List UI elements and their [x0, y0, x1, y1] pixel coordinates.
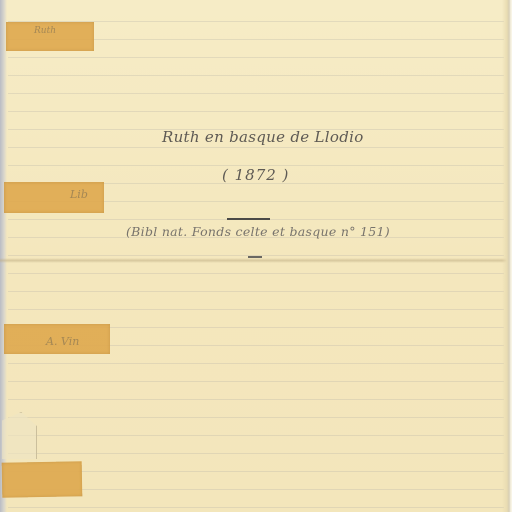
separator-rule-top	[227, 218, 270, 220]
tape-strip-1: Ruth	[6, 22, 94, 51]
manuscript-title: Ruth en basque de Llodio	[162, 128, 364, 146]
tape-label: Lib	[70, 188, 88, 201]
tape-strip-3: A. Vin	[4, 324, 110, 354]
manuscript-year: ( 1872 )	[222, 166, 289, 184]
tape-label: A. Vin	[46, 335, 79, 348]
tape-label: Ruth	[34, 26, 56, 36]
separator-rule-bottom	[248, 256, 262, 258]
tape-strip-4	[2, 461, 83, 497]
paper-fold	[0, 258, 512, 263]
manuscript-source: (Bibl nat. Fonds celte et basque n° 151)	[126, 224, 390, 239]
tape-strip-2: Lib	[4, 182, 104, 213]
page-edge	[502, 0, 512, 512]
manuscript-page: Ruth Lib A. Vin Ruth en basque de Llodio…	[0, 0, 512, 512]
